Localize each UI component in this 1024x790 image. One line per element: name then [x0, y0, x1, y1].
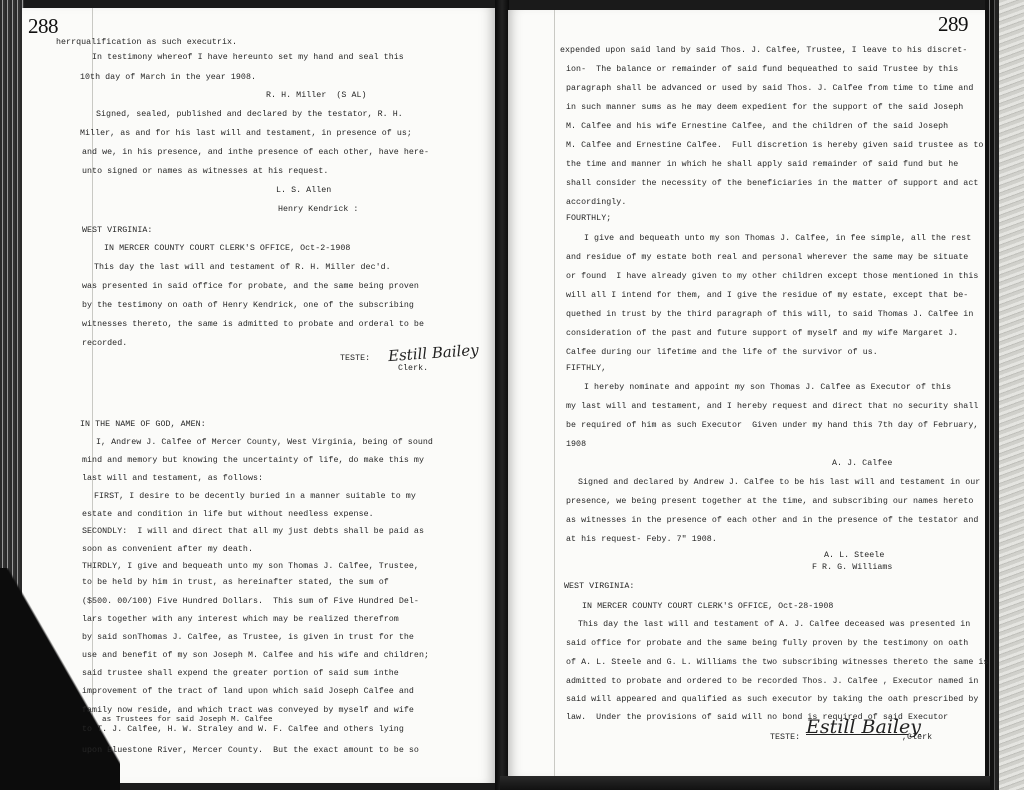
- text-line: This day the last will and testament of …: [578, 620, 970, 629]
- text-line: FIFTHLY,: [566, 364, 606, 373]
- text-line: THIRDLY, I give and bequeath unto my son…: [82, 562, 419, 571]
- text-line: said will appeared and qualified as such…: [566, 695, 978, 704]
- text-line: at his request- Feby. 7" 1908.: [566, 535, 717, 544]
- open-record-book: 288 289 herrqualification as such execut…: [0, 0, 1024, 790]
- text-line: shall consider the necessity of the bene…: [566, 179, 978, 188]
- text-line: Calfee during our lifetime and the life …: [566, 348, 878, 357]
- text-line: TESTE:: [770, 733, 800, 742]
- text-line: be required of him as such Executor Give…: [566, 421, 978, 430]
- text-line: L. S. Allen: [276, 186, 331, 195]
- text-line: 1908: [566, 440, 586, 449]
- page-number-right: 289: [938, 12, 968, 37]
- text-line: A. J. Calfee: [832, 459, 892, 468]
- text-line: IN MERCER COUNTY COURT CLERK'S OFFICE, O…: [104, 244, 350, 253]
- text-line: Miller, as and for his last will and tes…: [80, 129, 412, 138]
- text-line: accordingly.: [566, 198, 626, 207]
- text-line: WEST VIRGINIA:: [82, 226, 152, 235]
- text-line: by said sonThomas J. Calfee, as Trustee,…: [82, 633, 414, 642]
- text-line: WEST VIRGINIA:: [564, 582, 634, 591]
- text-line: ($500. 00/100) Five Hundred Dollars. Thi…: [82, 597, 419, 606]
- right-margin-rule: [554, 10, 555, 776]
- text-line: lars together with any interest which ma…: [82, 615, 399, 624]
- book-gutter: [495, 0, 509, 790]
- text-line: F R. G. Williams: [812, 563, 892, 572]
- text-line: I hereby nominate and appoint my son Tho…: [584, 383, 951, 392]
- text-line: of A. L. Steele and G. L. Williams the t…: [566, 658, 988, 667]
- text-line: my last will and testament, and I hereby…: [566, 402, 978, 411]
- text-line: recorded.: [82, 339, 127, 348]
- text-line: paragraph shall be advanced or used by s…: [566, 84, 973, 93]
- book-right-edge: [985, 0, 1024, 790]
- book-bottom-edge: [500, 776, 990, 790]
- text-line: FIRST, I desire to be decently buried in…: [94, 492, 416, 501]
- text-line: IN MERCER COUNTY COURT CLERK'S OFFICE, O…: [582, 602, 833, 611]
- text-line: expended upon said land by said Thos. J.…: [560, 46, 967, 55]
- text-line: to T. J. Calfee, H. W. Straley and W. F.…: [82, 725, 404, 734]
- text-line: unto signed or names as witnesses at his…: [82, 167, 328, 176]
- text-line: TESTE:: [340, 354, 370, 363]
- text-line: I give and bequeath unto my son Thomas J…: [584, 234, 971, 243]
- text-line: FOURTHLY;: [566, 214, 611, 223]
- text-line: Clerk.: [398, 364, 428, 373]
- text-line: IN THE NAME OF GOD, AMEN:: [80, 420, 206, 429]
- text-line: quethed in trust by the third paragraph …: [566, 310, 973, 319]
- text-line: in such manner sums as he may deem exped…: [566, 103, 963, 112]
- text-line: This day the last will and testament of …: [94, 263, 391, 272]
- text-line: witnesses thereto, the same is admitted …: [82, 320, 424, 329]
- text-line: mind and memory but knowing the uncertai…: [82, 456, 424, 465]
- text-line: family now reside, and which tract was c…: [82, 706, 414, 715]
- text-line: ion- The balance or remainder of said fu…: [566, 65, 958, 74]
- text-line: soon as convenient after my death.: [82, 545, 253, 554]
- text-line: improvement of the tract of land upon wh…: [82, 687, 414, 696]
- text-line: In testimony whereof I have hereunto set…: [92, 53, 404, 62]
- text-line: said trustee shall expend the greater po…: [82, 669, 399, 678]
- text-line: estate and condition in life but without…: [82, 510, 374, 519]
- text-line: and residue of my estate both real and p…: [566, 253, 968, 262]
- text-line: M. Calfee and Ernestine Calfee. Full dis…: [566, 141, 983, 150]
- text-line: last will and testament, as follows:: [82, 474, 263, 483]
- text-line: A. L. Steele: [824, 551, 884, 560]
- text-line: Signed and declared by Andrew J. Calfee …: [578, 478, 980, 487]
- text-line: as witnesses in the presence of each oth…: [566, 516, 978, 525]
- text-line: Henry Kendrick :: [278, 205, 358, 214]
- text-line: admitted to probate and ordered to be re…: [566, 677, 978, 686]
- text-line: or found I have already given to my othe…: [566, 272, 978, 281]
- text-line: the time and manner in which he shall ap…: [566, 160, 958, 169]
- text-line: and we, in his presence, and inthe prese…: [82, 148, 429, 157]
- text-line: M. Calfee and his wife Ernestine Calfee,…: [566, 122, 948, 131]
- text-line: SECONDLY: I will and direct that all my …: [82, 527, 424, 536]
- text-line: said office for probate and the same bei…: [566, 639, 968, 648]
- text-line: herrqualification as such executrix.: [56, 38, 237, 47]
- text-line: was presented in said office for probate…: [82, 282, 419, 291]
- clerk-signature-right: Estill Bailey: [806, 716, 921, 738]
- text-line: will all I intend for them, and I give t…: [566, 291, 968, 300]
- text-line: consideration of the past and future sup…: [566, 329, 958, 338]
- text-line: use and benefit of my son Joseph M. Calf…: [82, 651, 429, 660]
- text-line: 10th day of March in the year 1908.: [80, 73, 256, 82]
- text-line: upon Bluestone River, Mercer County. But…: [82, 746, 419, 755]
- text-line: Signed, sealed, published and declared b…: [96, 110, 403, 119]
- text-line: to be held by him in trust, as hereinaft…: [82, 578, 389, 587]
- text-line: by the testimony on oath of Henry Kendri…: [82, 301, 414, 310]
- text-line: I, Andrew J. Calfee of Mercer County, We…: [96, 438, 433, 447]
- left-page: [22, 8, 496, 783]
- text-line: R. H. Miller (S AL): [266, 91, 367, 100]
- text-line: as Trustees for said Joseph M. Calfee: [102, 716, 272, 724]
- page-number-left: 288: [28, 14, 58, 39]
- text-line: presence, we being present together at t…: [566, 497, 973, 506]
